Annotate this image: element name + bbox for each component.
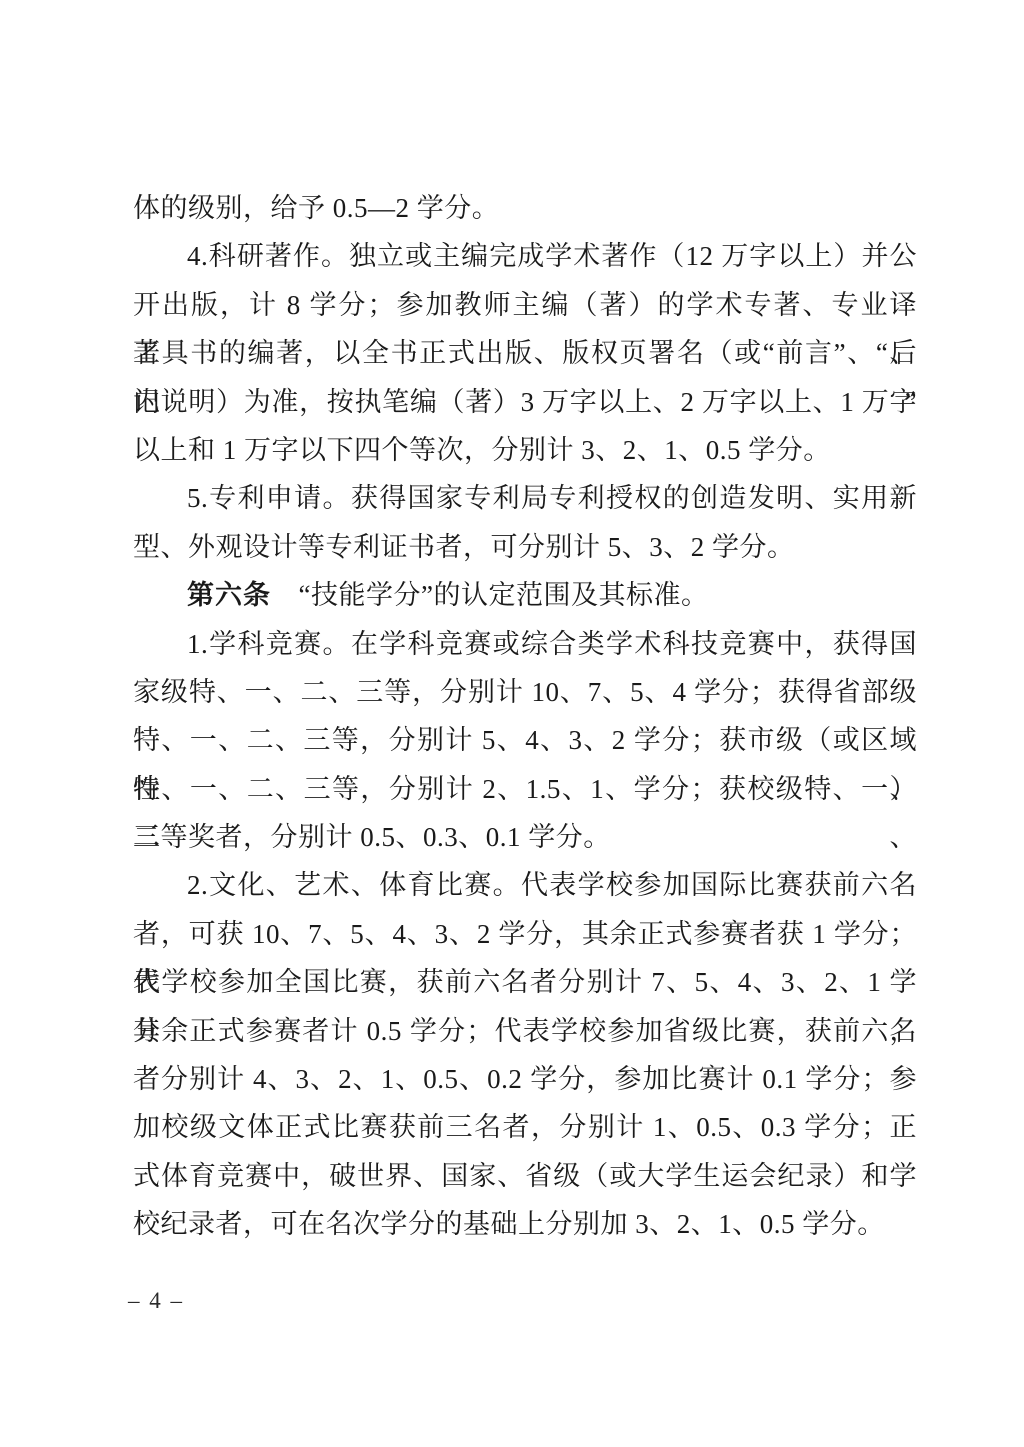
- text-line: 2.文化、艺术、体育比赛。代表学校参加国际比赛获前六名: [133, 861, 917, 909]
- text-line: 式体育竞赛中，破世界、国家、省级（或大学生运会纪录）和学: [133, 1152, 917, 1200]
- text-line-article-heading: 第六条 “技能学分”的认定范围及其标准。: [133, 571, 917, 619]
- document-body: 体的级别，给予 0.5—2 学分。 4.科研著作。独立或主编完成学术著作（12 …: [133, 184, 917, 1249]
- page-number: – 4 –: [128, 1288, 184, 1314]
- text-line: 工具书的编著，以全书正式出版、版权页署名（或“前言”、“后记”: [133, 329, 917, 377]
- text-line: 内说明）为准，按执笔编（著）3 万字以上、2 万字以上、1 万字: [133, 378, 917, 426]
- text-line: 校纪录者，可在名次学分的基础上分别加 3、2、1、0.5 学分。: [133, 1200, 917, 1248]
- text-line: 特、一、二、三等，分别计 2、1.5、1、学分；获校级特、一、二、: [133, 765, 917, 813]
- text-line: 家级特、一、二、三等，分别计 10、7、5、4 学分；获得省部级: [133, 668, 917, 716]
- text-line: 特、一、二、三等，分别计 5、4、3、2 学分；获市级（或区域性）: [133, 716, 917, 764]
- document-page: 体的级别，给予 0.5—2 学分。 4.科研著作。独立或主编完成学术著作（12 …: [0, 0, 1024, 1447]
- text-line: 1.学科竞赛。在学科竞赛或综合类学术科技竞赛中，获得国: [133, 620, 917, 668]
- text-line: 5.专利申请。获得国家专利局专利授权的创造发明、实用新: [133, 474, 917, 522]
- text-line: 4.科研著作。独立或主编完成学术著作（12 万字以上）并公: [133, 232, 917, 280]
- text-line: 者分别计 4、3、2、1、0.5、0.2 学分，参加比赛计 0.1 学分；参: [133, 1055, 917, 1103]
- article-number: 第六条: [187, 580, 271, 610]
- text-line: 以上和 1 万字以下四个等次，分别计 3、2、1、0.5 学分。: [133, 426, 917, 474]
- text-line: 体的级别，给予 0.5—2 学分。: [133, 184, 917, 232]
- text-line: 其余正式参赛者计 0.5 学分；代表学校参加省级比赛，获前六名: [133, 1007, 917, 1055]
- text-line: 者，可获 10、7、5、4、3、2 学分，其余正式参赛者获 1 学分；代: [133, 910, 917, 958]
- text-line: 型、外观设计等专利证书者，可分别计 5、3、2 学分。: [133, 523, 917, 571]
- text-line: 加校级文体正式比赛获前三名者，分别计 1、0.5、0.3 学分；正: [133, 1103, 917, 1151]
- text-line: 表学校参加全国比赛，获前六名者分别计 7、5、4、3、2、1 学分，: [133, 958, 917, 1006]
- article-title: “技能学分”的认定范围及其标准。: [271, 580, 708, 610]
- text-line: 开出版，计 8 学分；参加教师主编（著）的学术专著、专业译著、: [133, 281, 917, 329]
